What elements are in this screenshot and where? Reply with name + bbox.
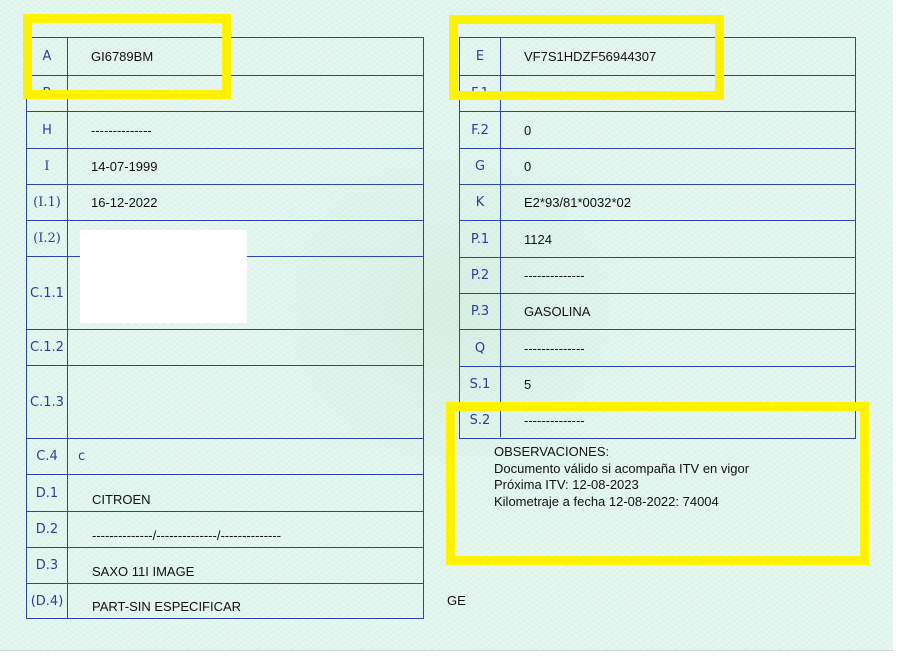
- field-row-P1: P.1 1124: [460, 220, 855, 257]
- field-value: --------------/--------------/----------…: [92, 512, 281, 547]
- field-row-P3: P.3 GASOLINA: [460, 293, 855, 329]
- field-value: E2*93/81*0032*02: [524, 185, 631, 220]
- field-value: PART-SIN ESPECIFICAR: [92, 584, 241, 618]
- field-row-D4: (D.4) PART-SIN ESPECIFICAR: [27, 583, 423, 618]
- field-code: (I.2): [27, 221, 68, 256]
- field-row-C13: C.1.3: [27, 365, 423, 438]
- field-code: H: [27, 112, 68, 148]
- field-row-G: G 0: [460, 148, 855, 184]
- redacted-owner-block: [80, 230, 247, 323]
- field-value: --------------: [91, 112, 152, 148]
- field-code: C.4: [27, 439, 68, 474]
- field-value: 0: [524, 149, 531, 184]
- field-value: 5: [524, 367, 531, 402]
- field-row-Q: Q --------------: [460, 329, 855, 366]
- field-code: K: [460, 185, 501, 220]
- field-row-K: K E2*93/81*0032*02: [460, 184, 855, 220]
- field-row-D2: D.2 --------------/--------------/------…: [27, 511, 423, 547]
- field-value: --------------: [524, 258, 585, 293]
- field-code: D.1: [27, 475, 68, 511]
- field-code: I: [27, 149, 68, 184]
- field-code: F.2: [460, 112, 501, 148]
- field-code: (I.1): [27, 185, 68, 220]
- field-row-I: I 14-07-1999: [27, 148, 423, 184]
- left-fields-table: A GI6789BM B H -------------- I 14-07-19…: [26, 37, 424, 619]
- field-value: GASOLINA: [524, 294, 590, 329]
- field-code: P.1: [460, 221, 501, 257]
- field-code: C.1.2: [27, 330, 68, 365]
- field-value: 14-07-1999: [91, 149, 158, 184]
- field-code: G: [460, 149, 501, 184]
- field-value: --------------: [524, 330, 585, 366]
- field-row-D1: D.1 CITROEN: [27, 474, 423, 511]
- field-code: C.1.3: [27, 366, 68, 438]
- field-code: P.3: [460, 294, 501, 329]
- highlight-vin: [449, 15, 724, 100]
- field-code: (D.4): [27, 584, 68, 618]
- highlight-plate-number: [23, 14, 231, 99]
- field-value: 0: [524, 112, 531, 148]
- field-code: Q: [460, 330, 501, 366]
- field-row-I1: (I.1) 16-12-2022: [27, 184, 423, 220]
- field-code: D.2: [27, 512, 68, 547]
- field-row-P2: P.2 --------------: [460, 257, 855, 293]
- highlight-observations: [446, 402, 869, 565]
- field-value: SAXO 11I IMAGE: [92, 548, 194, 583]
- field-code: P.2: [460, 258, 501, 293]
- field-row-D3: D.3 SAXO 11I IMAGE: [27, 547, 423, 583]
- field-code: D.3: [27, 548, 68, 583]
- field-row-F2: F.2 0: [460, 111, 855, 148]
- field-row-C12: C.1.2: [27, 329, 423, 365]
- field-value: 16-12-2022: [91, 185, 158, 220]
- field-code: C.1.1: [27, 257, 68, 329]
- field-value: c: [78, 439, 85, 474]
- field-value: 1124: [524, 221, 552, 257]
- field-row-S1: S.1 5: [460, 366, 855, 402]
- field-code: S.1: [460, 367, 501, 402]
- field-value: CITROEN: [92, 475, 151, 511]
- footer-code: GE: [447, 593, 466, 608]
- field-row-H: H --------------: [27, 111, 423, 148]
- field-row-C4: C.4 c: [27, 438, 423, 474]
